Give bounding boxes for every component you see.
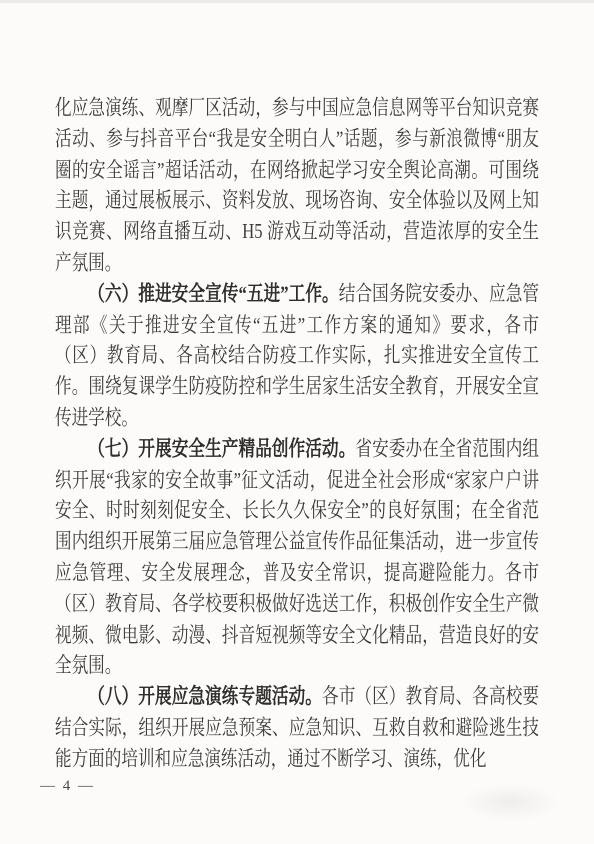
page-number: — 4 — (40, 778, 95, 794)
scan-smudge (440, 775, 580, 830)
paragraph-continuation: 化应急演练、观摩厂区活动，参与中国应急信息网等平台知识竞赛活动、参与抖音平台“我… (55, 93, 539, 279)
paragraph-continuation-text: 化应急演练、观摩厂区活动，参与中国应急信息网等平台知识竞赛活动、参与抖音平台“我… (55, 96, 539, 275)
paragraph-section-8: （八）开展应急演练专题活动。各市（区）教育局、各高校要结合实际，组织开展应急预案… (55, 682, 539, 775)
section-8-heading: （八）开展应急演练专题活动。 (88, 684, 322, 708)
section-7-text: 省安委办在全省范围内组织开展“我家的安全故事”征文活动，促进全社会形成“家家户户… (55, 436, 539, 677)
document-body: 化应急演练、观摩厂区活动，参与中国应急信息网等平台知识竞赛活动、参与抖音平台“我… (55, 93, 539, 775)
document-page: 化应急演练、观摩厂区活动，参与中国应急信息网等平台知识竞赛活动、参与抖音平台“我… (0, 0, 594, 844)
section-7-heading: （七）开展安全生产精品创作活动。 (88, 436, 355, 460)
paragraph-section-7: （七）开展安全生产精品创作活动。省安委办在全省范围内组织开展“我家的安全故事”征… (55, 434, 539, 682)
paragraph-section-6: （六）推进安全宣传“五进”工作。结合国务院安委办、应急管理部《关于推进安全宣传“… (55, 279, 539, 434)
section-6-heading: （六）推进安全宣传“五进”工作。 (88, 281, 339, 305)
